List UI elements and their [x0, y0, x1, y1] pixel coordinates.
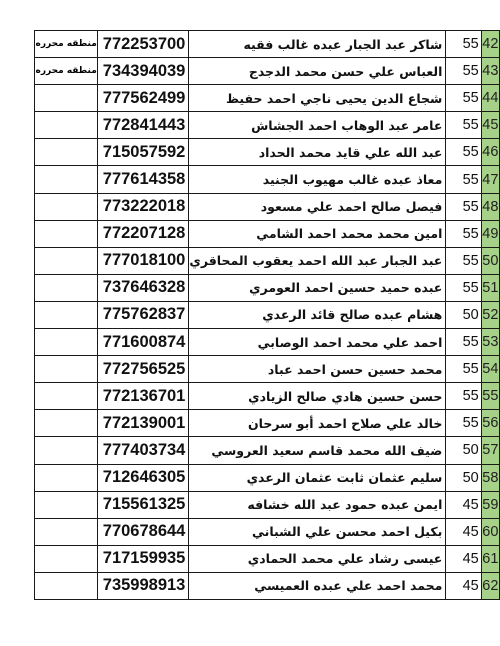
name-text: فيصل صالح احمد علي مسعود [261, 199, 443, 214]
name-text: عيسى رشاد علي محمد الحمادي [248, 551, 443, 566]
score-cell: 55 [446, 166, 481, 193]
row-number-text: 46 [482, 144, 498, 160]
table-row: 777018100عبد الجبار عبد الله احمد يعقوب … [35, 247, 500, 274]
score-cell: 55 [446, 139, 481, 166]
row-number-text: 61 [482, 551, 498, 567]
name-text: العباس علي حسن محمد الدجدج [249, 64, 443, 79]
row-number-text: 44 [482, 90, 498, 106]
score-text: 50 [463, 470, 479, 486]
phone-cell: 772841443 [98, 112, 189, 139]
name-text: محمد حسين حسن احمد عباد [268, 362, 442, 377]
phone-text: 775762837 [103, 305, 186, 324]
name-cell: هشام عبده صالح قائد الرعدي [189, 301, 446, 328]
phone-text: 773222018 [103, 197, 186, 216]
row-number-cell: 48 [481, 193, 499, 220]
table-row: 715057592عبد الله علي قايد محمد الحداد55… [35, 139, 500, 166]
score-cell: 55 [446, 274, 481, 301]
name-cell: سليم عثمان ثابت عثمان الرعدي [189, 464, 446, 491]
phone-text: 777562499 [103, 89, 186, 108]
table-row: 777562499شجاع الدين يحيى ناجي احمد حفيظ5… [35, 85, 500, 112]
name-cell: عبده حميد حسين احمد العومري [189, 274, 446, 301]
phone-text: 772139001 [103, 414, 186, 433]
note-cell [35, 274, 98, 301]
score-cell: 45 [446, 545, 481, 572]
table-row: 775762837هشام عبده صالح قائد الرعدي5052 [35, 301, 500, 328]
score-text: 50 [463, 442, 479, 458]
phone-text: 770678644 [103, 522, 186, 541]
table-row: 772756525محمد حسين حسن احمد عباد5554 [35, 356, 500, 383]
phone-text: 772756525 [103, 360, 186, 379]
phone-text: 772136701 [103, 387, 186, 406]
phone-text: 715057592 [103, 143, 186, 162]
table-row: 712646305سليم عثمان ثابت عثمان الرعدي505… [35, 464, 500, 491]
row-number-text: 43 [482, 63, 498, 79]
phone-text: 734394039 [103, 62, 186, 81]
row-number-text: 49 [482, 226, 498, 242]
score-text: 55 [463, 144, 479, 160]
score-cell: 50 [446, 301, 481, 328]
name-cell: ضيف الله محمد قاسم سعيد العروسي [189, 437, 446, 464]
score-cell: 55 [446, 58, 481, 85]
table-row: 770678644بكيل احمد محسن علي الشباني4560 [35, 518, 500, 545]
name-cell: حسن حسين هادي صالح الزيادي [189, 383, 446, 410]
row-number-text: 45 [482, 117, 498, 133]
phone-cell: 771600874 [98, 329, 189, 356]
phone-cell: 777403734 [98, 437, 189, 464]
name-text: عبد الجبار عبد الله احمد يعقوب المحاقري [189, 253, 442, 268]
note-cell [35, 301, 98, 328]
results-sheet: منطقه محرره772253700شاكر عبد الجبار عبده… [34, 30, 500, 600]
score-text: 55 [463, 334, 479, 350]
score-text: 45 [463, 497, 479, 513]
row-number-cell: 45 [481, 112, 499, 139]
name-cell: معاذ عبده غالب مهيوب الجنيد [189, 166, 446, 193]
phone-text: 777614358 [103, 170, 186, 189]
name-cell: ايمن عبده حمود عبد الله خشافه [189, 491, 446, 518]
table-row: 777403734ضيف الله محمد قاسم سعيد العروسي… [35, 437, 500, 464]
note-cell [35, 166, 98, 193]
row-number-cell: 52 [481, 301, 499, 328]
phone-cell: 775762837 [98, 301, 189, 328]
row-number-cell: 62 [481, 572, 499, 599]
score-text: 55 [463, 90, 479, 106]
phone-cell: 715057592 [98, 139, 189, 166]
phone-cell: 772756525 [98, 356, 189, 383]
score-cell: 50 [446, 437, 481, 464]
row-number-cell: 49 [481, 220, 499, 247]
phone-cell: 772136701 [98, 383, 189, 410]
score-text: 50 [463, 307, 479, 323]
name-text: هشام عبده صالح قائد الرعدي [262, 307, 442, 322]
row-number-cell: 47 [481, 166, 499, 193]
note-cell [35, 112, 98, 139]
phone-text: 771600874 [103, 333, 186, 352]
phone-cell: 777562499 [98, 85, 189, 112]
row-number-cell: 43 [481, 58, 499, 85]
note-cell: منطقه محرره [35, 31, 98, 58]
phone-text: 737646328 [103, 278, 186, 297]
phone-cell: 737646328 [98, 274, 189, 301]
phone-text: 772207128 [103, 224, 186, 243]
row-number-cell: 59 [481, 491, 499, 518]
table-row: 777614358معاذ عبده غالب مهيوب الجنيد5547 [35, 166, 500, 193]
score-text: 55 [463, 253, 479, 269]
phone-cell: 773222018 [98, 193, 189, 220]
row-number-text: 55 [482, 388, 498, 404]
row-number-cell: 50 [481, 247, 499, 274]
score-text: 55 [463, 388, 479, 404]
name-text: ضيف الله محمد قاسم سعيد العروسي [211, 443, 442, 458]
phone-cell: 715561325 [98, 491, 189, 518]
name-text: احمد علي محمد احمد الوصابي [258, 335, 443, 350]
phone-cell: 735998913 [98, 572, 189, 599]
score-cell: 45 [446, 491, 481, 518]
note-text: منطقه محرره [36, 39, 97, 49]
score-cell: 50 [446, 464, 481, 491]
score-cell: 55 [446, 220, 481, 247]
note-cell [35, 247, 98, 274]
score-text: 55 [463, 415, 479, 431]
note-cell [35, 139, 98, 166]
name-text: عبد الله علي قايد محمد الحداد [259, 145, 443, 160]
row-number-cell: 56 [481, 410, 499, 437]
phone-cell: 734394039 [98, 58, 189, 85]
score-text: 55 [463, 172, 479, 188]
note-cell [35, 356, 98, 383]
row-number-cell: 46 [481, 139, 499, 166]
candidates-table: منطقه محرره772253700شاكر عبد الجبار عبده… [34, 30, 500, 600]
note-cell [35, 410, 98, 437]
note-cell [35, 572, 98, 599]
row-number-cell: 42 [481, 31, 499, 58]
row-number-text: 51 [482, 280, 498, 296]
score-text: 55 [463, 280, 479, 296]
row-number-text: 53 [482, 334, 498, 350]
phone-text: 777018100 [103, 251, 186, 270]
name-cell: شجاع الدين يحيى ناجي احمد حفيظ [189, 85, 446, 112]
name-cell: عبد الله علي قايد محمد الحداد [189, 139, 446, 166]
note-cell [35, 329, 98, 356]
name-text: امين محمد محمد احمد الشامي [256, 226, 442, 241]
name-text: خالد علي صلاح احمد أبو سرحان [248, 416, 442, 431]
name-cell: خالد علي صلاح احمد أبو سرحان [189, 410, 446, 437]
name-cell: احمد علي محمد احمد الوصابي [189, 329, 446, 356]
phone-text: 712646305 [103, 468, 186, 487]
name-text: شجاع الدين يحيى ناجي احمد حفيظ [226, 91, 442, 106]
row-number-cell: 57 [481, 437, 499, 464]
name-cell: فيصل صالح احمد علي مسعود [189, 193, 446, 220]
table-row: 715561325ايمن عبده حمود عبد الله خشافه45… [35, 491, 500, 518]
table-row: 773222018فيصل صالح احمد علي مسعود5548 [35, 193, 500, 220]
score-text: 55 [463, 63, 479, 79]
table-row: 772139001خالد علي صلاح احمد أبو سرحان555… [35, 410, 500, 437]
phone-cell: 772139001 [98, 410, 189, 437]
score-cell: 55 [446, 85, 481, 112]
row-number-cell: 54 [481, 356, 499, 383]
phone-cell: 770678644 [98, 518, 189, 545]
row-number-text: 52 [482, 307, 498, 323]
note-cell [35, 85, 98, 112]
row-number-text: 48 [482, 199, 498, 215]
phone-text: 715561325 [103, 495, 186, 514]
name-cell: العباس علي حسن محمد الدجدج [189, 58, 446, 85]
note-cell [35, 464, 98, 491]
score-text: 45 [463, 578, 479, 594]
name-text: سليم عثمان ثابت عثمان الرعدي [247, 470, 443, 485]
row-number-cell: 51 [481, 274, 499, 301]
row-number-cell: 53 [481, 329, 499, 356]
score-cell: 55 [446, 112, 481, 139]
score-cell: 55 [446, 193, 481, 220]
note-text: منطقه محرره [36, 66, 97, 76]
name-text: معاذ عبده غالب مهيوب الجنيد [263, 172, 443, 187]
score-cell: 55 [446, 383, 481, 410]
table-row: منطقه محرره772253700شاكر عبد الجبار عبده… [35, 31, 500, 58]
row-number-text: 50 [482, 253, 498, 269]
name-text: محمد احمد علي عبده العميسي [254, 578, 442, 593]
phone-cell: 777018100 [98, 247, 189, 274]
phone-text: 735998913 [103, 576, 186, 595]
phone-text: 772253700 [103, 35, 186, 54]
table-row: 717159935عيسى رشاد علي محمد الحمادي4561 [35, 545, 500, 572]
note-cell [35, 220, 98, 247]
phone-cell: 717159935 [98, 545, 189, 572]
score-cell: 45 [446, 518, 481, 545]
table-row: منطقه محرره734394039العباس علي حسن محمد … [35, 58, 500, 85]
phone-cell: 777614358 [98, 166, 189, 193]
row-number-text: 62 [482, 578, 498, 594]
row-number-text: 57 [482, 442, 498, 458]
row-number-text: 58 [482, 470, 498, 486]
name-text: بكيل احمد محسن علي الشباني [252, 524, 442, 539]
row-number-text: 56 [482, 415, 498, 431]
score-cell: 55 [446, 329, 481, 356]
name-cell: محمد احمد علي عبده العميسي [189, 572, 446, 599]
row-number-cell: 44 [481, 85, 499, 112]
phone-cell: 772207128 [98, 220, 189, 247]
row-number-cell: 60 [481, 518, 499, 545]
name-cell: محمد حسين حسن احمد عباد [189, 356, 446, 383]
score-text: 55 [463, 226, 479, 242]
score-text: 45 [463, 551, 479, 567]
name-text: شاكر عبد الجبار عبده غالب فقيه [243, 37, 442, 52]
note-cell [35, 437, 98, 464]
table-row: 735998913محمد احمد علي عبده العميسي4562 [35, 572, 500, 599]
note-cell: منطقه محرره [35, 58, 98, 85]
phone-text: 717159935 [103, 549, 186, 568]
table-row: 772136701حسن حسين هادي صالح الزيادي5555 [35, 383, 500, 410]
score-text: 55 [463, 117, 479, 133]
score-cell: 55 [446, 31, 481, 58]
phone-cell: 772253700 [98, 31, 189, 58]
score-text: 55 [463, 361, 479, 377]
score-text: 55 [463, 199, 479, 215]
name-cell: عبد الجبار عبد الله احمد يعقوب المحاقري [189, 247, 446, 274]
phone-cell: 712646305 [98, 464, 189, 491]
row-number-text: 60 [482, 524, 498, 540]
score-text: 55 [463, 36, 479, 52]
name-cell: عيسى رشاد علي محمد الحمادي [189, 545, 446, 572]
name-cell: بكيل احمد محسن علي الشباني [189, 518, 446, 545]
table-row: 737646328عبده حميد حسين احمد العومري5551 [35, 274, 500, 301]
row-number-cell: 58 [481, 464, 499, 491]
score-text: 45 [463, 524, 479, 540]
name-text: ايمن عبده حمود عبد الله خشافه [247, 497, 442, 512]
name-cell: امين محمد محمد احمد الشامي [189, 220, 446, 247]
name-text: عبده حميد حسين احمد العومري [249, 280, 442, 295]
score-cell: 45 [446, 572, 481, 599]
table-row: 771600874احمد علي محمد احمد الوصابي5553 [35, 329, 500, 356]
row-number-text: 59 [482, 497, 498, 513]
phone-text: 772841443 [103, 116, 186, 135]
name-cell: شاكر عبد الجبار عبده غالب فقيه [189, 31, 446, 58]
score-cell: 55 [446, 410, 481, 437]
row-number-text: 47 [482, 172, 498, 188]
name-cell: عامر عبد الوهاب احمد الجشاش [189, 112, 446, 139]
row-number-text: 54 [482, 361, 498, 377]
row-number-cell: 61 [481, 545, 499, 572]
row-number-cell: 55 [481, 383, 499, 410]
table-body: منطقه محرره772253700شاكر عبد الجبار عبده… [35, 31, 500, 600]
table-row: 772841443عامر عبد الوهاب احمد الجشاش5545 [35, 112, 500, 139]
name-text: حسن حسين هادي صالح الزيادي [248, 389, 442, 404]
table-row: 772207128امين محمد محمد احمد الشامي5549 [35, 220, 500, 247]
note-cell [35, 491, 98, 518]
note-cell [35, 518, 98, 545]
row-number-text: 42 [482, 36, 498, 52]
score-cell: 55 [446, 356, 481, 383]
phone-text: 777403734 [103, 441, 186, 460]
note-cell [35, 383, 98, 410]
note-cell [35, 193, 98, 220]
name-text: عامر عبد الوهاب احمد الجشاش [251, 118, 442, 133]
note-cell [35, 545, 98, 572]
score-cell: 55 [446, 247, 481, 274]
